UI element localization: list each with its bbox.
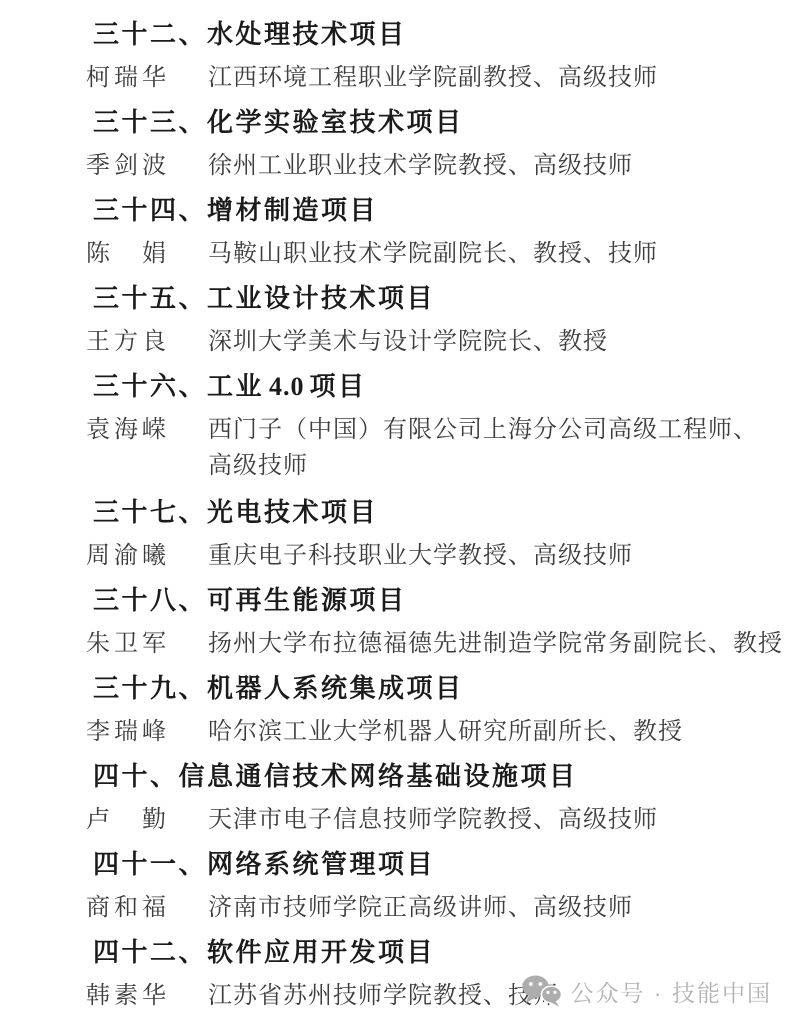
expert-name: 周渝曦 — [86, 534, 190, 578]
section-heading-text: 三十八、可再生能源项目 — [93, 585, 407, 615]
expert-title: 马鞍山职业技术学院副院长、教授、技师 — [208, 241, 658, 267]
section-heading-text-post: 项目 — [310, 371, 367, 401]
expert-name: 韩素华 — [86, 974, 190, 1018]
section-heading-40: 四十、信息通信技术网络基础设施项目 — [86, 754, 766, 798]
section-heading-33: 三十三、化学实验室技术项目 — [86, 100, 766, 144]
watermark-label: 公众号 · 技能中国 — [571, 975, 772, 1008]
section-heading-36: 三十六、工业4.0项目 — [86, 364, 766, 408]
section-heading-text: 三十三、化学实验室技术项目 — [93, 107, 464, 137]
expert-title: 天津市电子信息技师学院教授、高级技师 — [208, 807, 658, 833]
expert-name: 李瑞峰 — [86, 710, 190, 754]
section-heading-37: 三十七、光电技术项目 — [86, 490, 766, 534]
section-heading-41: 四十一、网络系统管理项目 — [86, 842, 766, 886]
expert-title: 江苏省苏州技师学院教授、技师 — [208, 983, 558, 1009]
expert-title: 重庆电子科技职业大学教授、高级技师 — [208, 543, 633, 569]
expert-row-34: 陈 娟马鞍山职业技术学院副院长、教授、技师 — [86, 232, 766, 276]
section-heading-number: 4.0 — [264, 372, 310, 401]
section-heading-text: 三十二、水处理技术项目 — [93, 19, 407, 49]
expert-row-33: 季剑波徐州工业职业技术学院教授、高级技师 — [86, 144, 766, 188]
expert-row-37: 周渝曦重庆电子科技职业大学教授、高级技师 — [86, 534, 766, 578]
expert-name: 朱卫军 — [86, 622, 190, 666]
expert-name: 商和福 — [86, 886, 190, 930]
expert-row-40: 卢 勤天津市电子信息技师学院教授、高级技师 — [86, 798, 766, 842]
expert-row-41: 商和福济南市技师学院正高级讲师、高级技师 — [86, 886, 766, 930]
section-heading-text: 三十五、工业设计技术项目 — [93, 283, 435, 313]
section-heading-35: 三十五、工业设计技术项目 — [86, 276, 766, 320]
expert-title: 济南市技师学院正高级讲师、高级技师 — [208, 895, 633, 921]
expert-title: 哈尔滨工业大学机器人研究所副所长、教授 — [208, 719, 683, 745]
expert-title-line2: 高级技师 — [208, 453, 308, 479]
section-heading-text-pre: 三十六、工业 — [93, 371, 264, 401]
section-heading-34: 三十四、增材制造项目 — [86, 188, 766, 232]
section-heading-text: 四十二、软件应用开发项目 — [93, 937, 435, 967]
section-heading-38: 三十八、可再生能源项目 — [86, 578, 766, 622]
section-heading-text: 三十七、光电技术项目 — [93, 497, 378, 527]
section-heading-text: 四十一、网络系统管理项目 — [93, 849, 435, 879]
expert-row-38: 朱卫军扬州大学布拉德福德先进制造学院常务副院长、教授 — [86, 622, 766, 666]
document-page: 三十二、水处理技术项目 柯瑞华江西环境工程职业学院副教授、高级技师 三十三、化学… — [0, 0, 794, 1024]
expert-title: 深圳大学美术与设计学院院长、教授 — [208, 329, 608, 355]
expert-row-36: 袁海嵘西门子（中国）有限公司上海分公司高级工程师、 — [86, 408, 766, 452]
wechat-icon — [521, 974, 563, 1008]
expert-row-39: 李瑞峰哈尔滨工业大学机器人研究所副所长、教授 — [86, 710, 766, 754]
section-heading-text: 四十、信息通信技术网络基础设施项目 — [93, 761, 578, 791]
expert-title: 江西环境工程职业学院副教授、高级技师 — [208, 65, 658, 91]
expert-name: 柯瑞华 — [86, 56, 190, 100]
section-heading-text: 三十九、机器人系统集成项目 — [93, 673, 464, 703]
expert-title: 扬州大学布拉德福德先进制造学院常务副院长、教授 — [208, 631, 783, 657]
expert-name: 王方良 — [86, 320, 190, 364]
section-heading-32: 三十二、水处理技术项目 — [86, 12, 766, 56]
expert-title: 徐州工业职业技术学院教授、高级技师 — [208, 153, 633, 179]
expert-row-32: 柯瑞华江西环境工程职业学院副教授、高级技师 — [86, 56, 766, 100]
expert-name: 陈 娟 — [86, 232, 190, 276]
expert-title-continuation: 高级技师 — [86, 452, 766, 490]
expert-name: 季剑波 — [86, 144, 190, 188]
section-heading-text: 三十四、增材制造项目 — [93, 195, 378, 225]
section-heading-42: 四十二、软件应用开发项目 — [86, 930, 766, 974]
expert-name: 袁海嵘 — [86, 408, 190, 452]
expert-title: 西门子（中国）有限公司上海分公司高级工程师、 — [208, 417, 758, 443]
watermark: 公众号 · 技能中国 — [521, 974, 772, 1008]
expert-row-35: 王方良深圳大学美术与设计学院院长、教授 — [86, 320, 766, 364]
section-heading-39: 三十九、机器人系统集成项目 — [86, 666, 766, 710]
expert-name: 卢 勤 — [86, 798, 190, 842]
